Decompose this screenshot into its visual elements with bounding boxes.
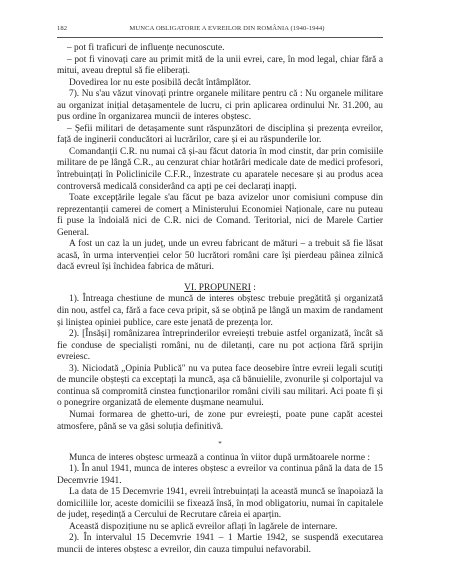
paragraph: – pot fi traficuri de influențe necunosc…: [57, 43, 383, 55]
running-header: 182 MUNCA OBLIGATORIE A EVREILOR DIN ROM…: [57, 22, 383, 38]
norm-item: La data de 15 Decemvrie 1941, evreii înt…: [57, 487, 383, 522]
norms-intro: Munca de interes obștesc urmează a conti…: [57, 453, 383, 465]
paragraph: Comandanții C.R. nu numai că și-au făcut…: [57, 147, 383, 193]
section-heading-suffix: :: [251, 283, 256, 293]
section-heading-text: VI. PROPUNERI: [184, 283, 251, 293]
section-heading: VI. PROPUNERI :: [57, 283, 383, 295]
proposal-item: 3). Niciodată „Opinia Publică" nu va put…: [57, 364, 383, 410]
norm-item: Această dispozițiune nu se aplică evreil…: [57, 522, 383, 534]
book-page: 182 MUNCA OBLIGATORIE A EVREILOR DIN ROM…: [57, 22, 383, 557]
paragraph: Toate excepțările legale s'au făcut pe b…: [57, 193, 383, 239]
page-body: – pot fi traficuri de influențe necunosc…: [57, 43, 383, 557]
proposal-item: 1). Întreaga chestiune de muncă de inter…: [57, 294, 383, 329]
paragraph: – pot fi vinovați care au primit mită de…: [57, 55, 383, 78]
proposal-item: Numai formarea de ghetto-uri, de zone pu…: [57, 410, 383, 433]
norm-item: 1). În anul 1941, munca de interes obște…: [57, 464, 383, 487]
proposal-item: 2). [Însăși] românizarea întreprinderilo…: [57, 329, 383, 364]
paragraph: Dovedirea lor nu este posibilă decât înt…: [57, 78, 383, 90]
running-title: MUNCA OBLIGATORIE A EVREILOR DIN ROMÂNIA…: [57, 25, 383, 32]
paragraph: 7). Nu s'au văzut vinovați printre organ…: [57, 89, 383, 124]
norm-item: 2). În intervalul 15 Decemvrie 1941 – 1 …: [57, 533, 383, 556]
paragraph: A fost un caz la un județ, unde un evreu…: [57, 239, 383, 274]
asterisk-separator: *: [57, 439, 383, 451]
paragraph: – Șefii militari de detașamente sunt răs…: [57, 124, 383, 147]
